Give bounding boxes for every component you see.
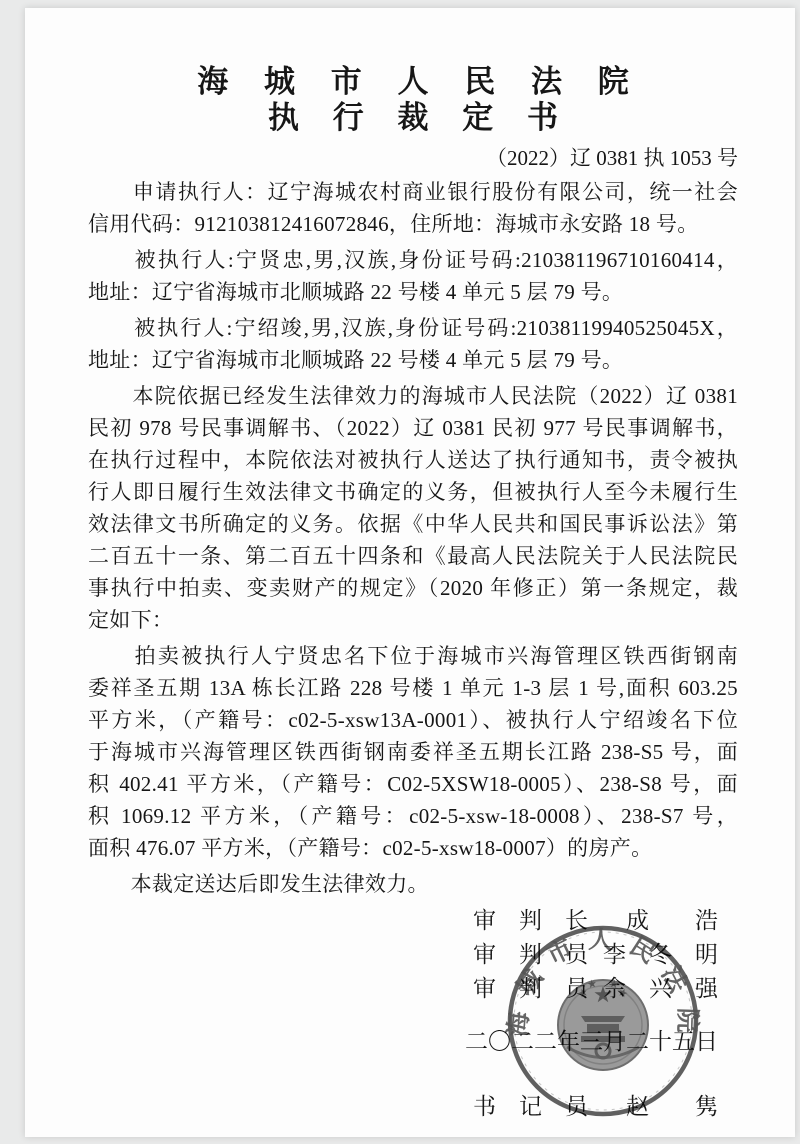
body-line: 拍卖被执行人宁贤忠名下位于海城市兴海管理区铁西街钢南 — [88, 640, 738, 672]
judge-row-1: 审 判 员 李 冬 明 — [473, 938, 718, 972]
paragraph: 申请执行人：辽宁海城农村商业银行股份有限公司，统一社会信用代码：91210381… — [88, 176, 738, 240]
body-line: 积 1069.12 平方米，（产籍号：c02-5-xsw-18-0008）、23… — [88, 800, 738, 832]
body-line: 于海城市兴海管理区铁西街钢南委祥圣五期长江路 238-S5 号，面 — [88, 736, 738, 768]
body-line: 二百五十一条、第二百五十四条和《最高人民法院关于人民法院民 — [88, 540, 738, 572]
paragraph: 本裁定送达后即发生法律效力。 — [88, 868, 738, 900]
body-line: 本裁定送达后即发生法律效力。 — [88, 868, 738, 900]
document-body: 申请执行人：辽宁海城农村商业银行股份有限公司，统一社会信用代码：91210381… — [88, 176, 738, 900]
judge-row-2: 审 判 员 佘 兴 强 — [473, 972, 718, 1006]
clerk-name: 赵 隽 — [626, 1090, 718, 1124]
body-line: 地址：辽宁省海城市北顺城路 22 号楼 4 单元 5 层 79 号。 — [88, 344, 738, 376]
paragraph: 本院依据已经发生法律效力的海城市人民法院（2022）辽 0381民初 978 号… — [88, 380, 738, 636]
body-line: 效法律文书所确定的义务。依据《中华人民共和国民事诉讼法》第 — [88, 508, 738, 540]
body-line: 申请执行人：辽宁海城农村商业银行股份有限公司，统一社会 — [88, 176, 738, 208]
body-line: 地址：辽宁省海城市北顺城路 22 号楼 4 单元 5 层 79 号。 — [88, 276, 738, 308]
body-line: 委祥圣五期 13A 栋长江路 228 号楼 1 单元 1-3 层 1 号,面积 … — [88, 672, 738, 704]
presiding-judge-label: 审 判 长 — [473, 904, 588, 938]
judge-2-name: 佘 兴 强 — [603, 972, 718, 1006]
paragraph: 被执行人:宁贤忠,男,汉族,身份证号码:210381196710160414，地… — [88, 244, 738, 308]
clerk-row: 书 记 员 赵 隽 — [473, 1090, 718, 1124]
judge-1-name: 李 冬 明 — [603, 938, 718, 972]
body-line: 本院依据已经发生法律效力的海城市人民法院（2022）辽 0381 — [88, 380, 738, 412]
body-line: 被执行人:宁绍竣,男,汉族,身份证号码:21038119940525045X， — [88, 312, 738, 344]
presiding-judge-name: 成 浩 — [626, 904, 718, 938]
body-line: 事执行中拍卖、变卖财产的规定》（2020 年修正）第一条规定，裁 — [88, 572, 738, 604]
case-number: （2022）辽 0381 执 1053 号 — [88, 142, 738, 174]
body-line: 在执行过程中，本院依法对被执行人送达了执行通知书，责令被执 — [88, 444, 738, 476]
ruling-date: 二〇二二年三月二十五日 — [88, 1024, 718, 1060]
body-line: 被执行人:宁贤忠,男,汉族,身份证号码:210381196710160414， — [88, 244, 738, 276]
body-line: 行人即日履行生效法律文书确定的义务，但被执行人至今未履行生 — [88, 476, 738, 508]
body-line: 积 402.41 平方米，（产籍号：C02-5XSW18-0005）、238-S… — [88, 768, 738, 800]
clerk-label: 书 记 员 — [473, 1090, 588, 1124]
body-line: 平方米，（产籍号：c02-5-xsw13A-0001）、被执行人宁绍竣名下位 — [88, 704, 738, 736]
body-line: 信用代码：912103812416072846，住所地：海城市永安路 18 号。 — [88, 208, 738, 240]
court-ruling-document: 海 城 市 人 民 法 院 执 行 裁 定 书 （2022）辽 0381 执 1… — [25, 8, 795, 1137]
body-line: 面积 476.07 平方米，（产籍号：c02-5-xsw18-0007）的房产。 — [88, 832, 738, 864]
body-line: 定如下： — [88, 604, 738, 636]
paragraph: 拍卖被执行人宁贤忠名下位于海城市兴海管理区铁西街钢南委祥圣五期 13A 栋长江路… — [88, 640, 738, 864]
paragraph: 被执行人:宁绍竣,男,汉族,身份证号码:21038119940525045X，地… — [88, 312, 738, 376]
signature-block: 审 判 长 成 浩 审 判 员 李 冬 明 审 判 员 佘 兴 强 — [473, 904, 718, 1006]
judge-1-label: 审 判 员 — [473, 938, 588, 972]
judge-2-label: 审 判 员 — [473, 972, 588, 1006]
court-name-title: 海 城 市 人 民 法 院 — [88, 64, 738, 100]
document-type-title: 执 行 裁 定 书 — [88, 100, 738, 136]
body-line: 民初 978 号民事调解书、（2022）辽 0381 民初 977 号民事调解书… — [88, 412, 738, 444]
scan-background: 海 城 市 人 民 法 院 执 行 裁 定 书 （2022）辽 0381 执 1… — [0, 0, 800, 1144]
presiding-judge-row: 审 判 长 成 浩 — [473, 904, 718, 938]
